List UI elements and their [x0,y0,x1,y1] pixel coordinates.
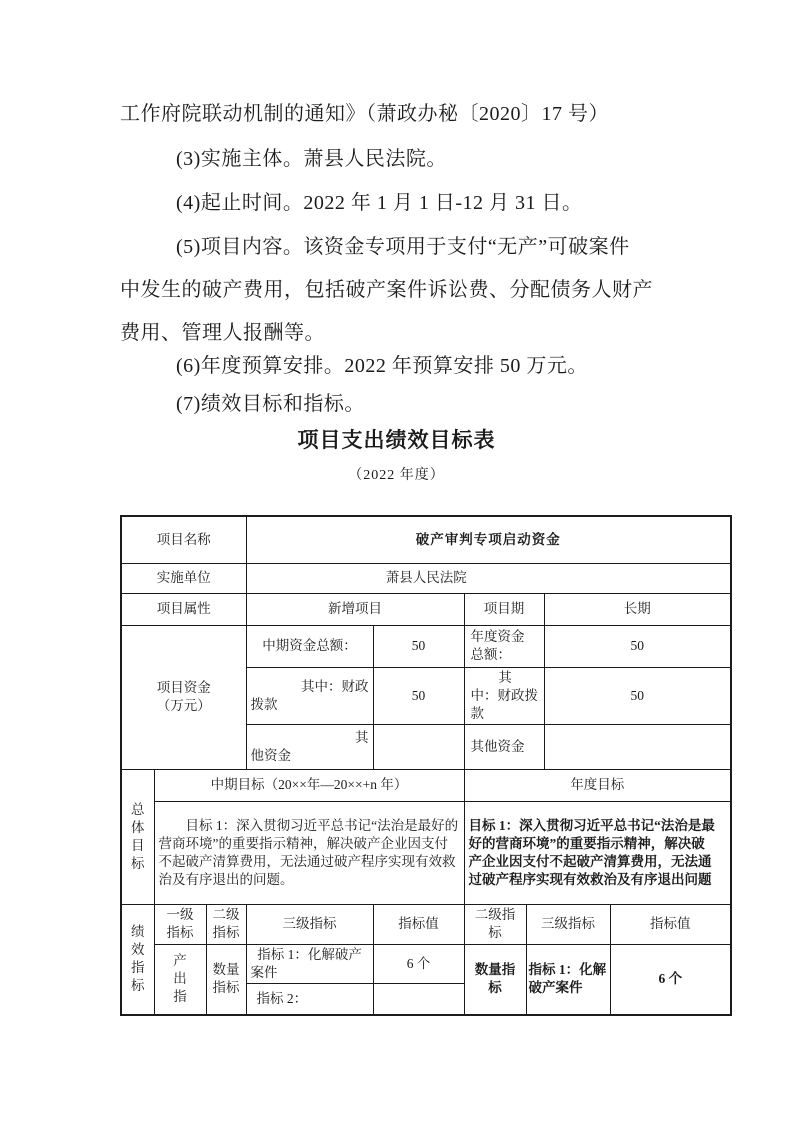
year-total-label: 年度资金 总额： [464,625,544,667]
attribute-value: 新增项目 [246,593,464,625]
mid-goal-text: 目标 1：深入贯彻习近平总书记“法治是最好的 营商环境”的重要指示精神，解决破产… [154,801,464,904]
mid-fiscal-line1: 其中：财政 [251,678,369,696]
level1-header: 一级 指标 [154,904,206,944]
unit-value-cell: 萧县人民法院 [246,563,731,593]
right-level3-header: 三级指标 [526,904,610,944]
value-header: 指标值 [373,904,464,944]
output-indicator-label: 产 出 指 [154,944,206,1015]
period-value: 长期 [544,593,731,625]
unit-label: 实施单位 [121,563,246,593]
year-total-line2: 总额： [471,646,540,664]
year-goal-text: 目标 1：深入贯彻习近平总书记“法治是最 好的营商环境”的重要指示精神，解决破 … [464,801,731,904]
right-indicator1-cell: 指标 1：化解 破产案件 [526,944,610,1015]
right-quantity-indicator-label: 数量指 标 [464,944,526,1015]
mid-other-value [373,724,464,769]
para-line-6: 费用、管理人报酬等。 [120,319,325,347]
para-line-4: (5)项目内容。该资金专项用于支付“无产”可破案件 [176,233,630,261]
right-level2-header: 二级指 标 [464,904,526,944]
unit-value: 萧县人民法院 [386,569,467,587]
year-goal-header: 年度目标 [464,769,731,801]
level3-header: 三级指标 [246,904,373,944]
funds-label: 项目资金 （万元） [121,625,246,769]
mid-fiscal-label: 其中：财政 拨款 [246,667,373,724]
project-name-value: 破产审判专项启动资金 [246,516,731,563]
overall-goal-label: 总 体 目 标 [121,769,154,904]
right-indicator1-value: 6 个 [610,944,731,1015]
year-total-line1: 年度资金 [471,628,540,646]
period-label: 项目期 [464,593,544,625]
document-page: 工作府院联动机制的通知》（萧政办秘〔2020〕17 号） (3)实施主体。萧县人… [0,0,793,1122]
attribute-label: 项目属性 [121,593,246,625]
year-fiscal-value: 50 [544,667,731,724]
level2-header: 二级 指标 [206,904,246,944]
year-fiscal-line2: 中：财政拨 [471,687,540,705]
para-line-1: 工作府院联动机制的通知》（萧政办秘〔2020〕17 号） [120,100,609,128]
project-name-label: 项目名称 [121,516,246,563]
performance-target-table: 项目名称 破产审判专项启动资金 实施单位 萧县人民法院 项目属性 新增项目 项目… [120,515,732,1016]
para-line-2: (3)实施主体。萧县人民法院。 [176,145,447,173]
indicator1-cell: 指标 1：化解破产 案件 [246,944,373,983]
table-title: 项目支出绩效目标表 [0,424,793,454]
mid-total-label: 中期资金总额： [246,625,373,667]
mid-fiscal-value: 50 [373,667,464,724]
year-total-value: 50 [544,625,731,667]
para-line-3: (4)起止时间。2022 年 1 月 1 日-12 月 31 日。 [176,189,582,217]
mid-total-value: 50 [373,625,464,667]
quantity-indicator-label: 数量 指标 [206,944,246,1015]
right-value-header: 指标值 [610,904,731,944]
year-other-value [544,724,731,769]
table-subtitle: （2022 年度） [0,464,793,484]
mid-other-label: 其 他资金 [246,724,373,769]
year-fiscal-label: 其 中：财政拨 款 [464,667,544,724]
perf-indicator-label: 绩 效 指 标 [121,904,154,1015]
mid-other-line2: 他资金 [251,747,369,765]
mid-fiscal-line2: 拨款 [251,696,369,714]
year-fiscal-line3: 款 [471,705,540,723]
year-fiscal-line1: 其 [471,669,540,687]
para-line-5: 中发生的破产费用，包括破产案件诉讼费、分配债务人财产 [120,276,653,304]
indicator2-cell: 指标 2： [246,983,373,1015]
para-line-8: (7)绩效目标和指标。 [176,390,365,418]
indicator1-value: 6 个 [373,944,464,983]
para-line-7: (6)年度预算安排。2022 年预算安排 50 万元。 [176,352,588,380]
year-other-label: 其他资金 [464,724,544,769]
mid-goal-header: 中期目标（20××年—20××+n 年） [154,769,464,801]
mid-other-line1: 其 [251,729,369,747]
indicator2-value [373,983,464,1015]
